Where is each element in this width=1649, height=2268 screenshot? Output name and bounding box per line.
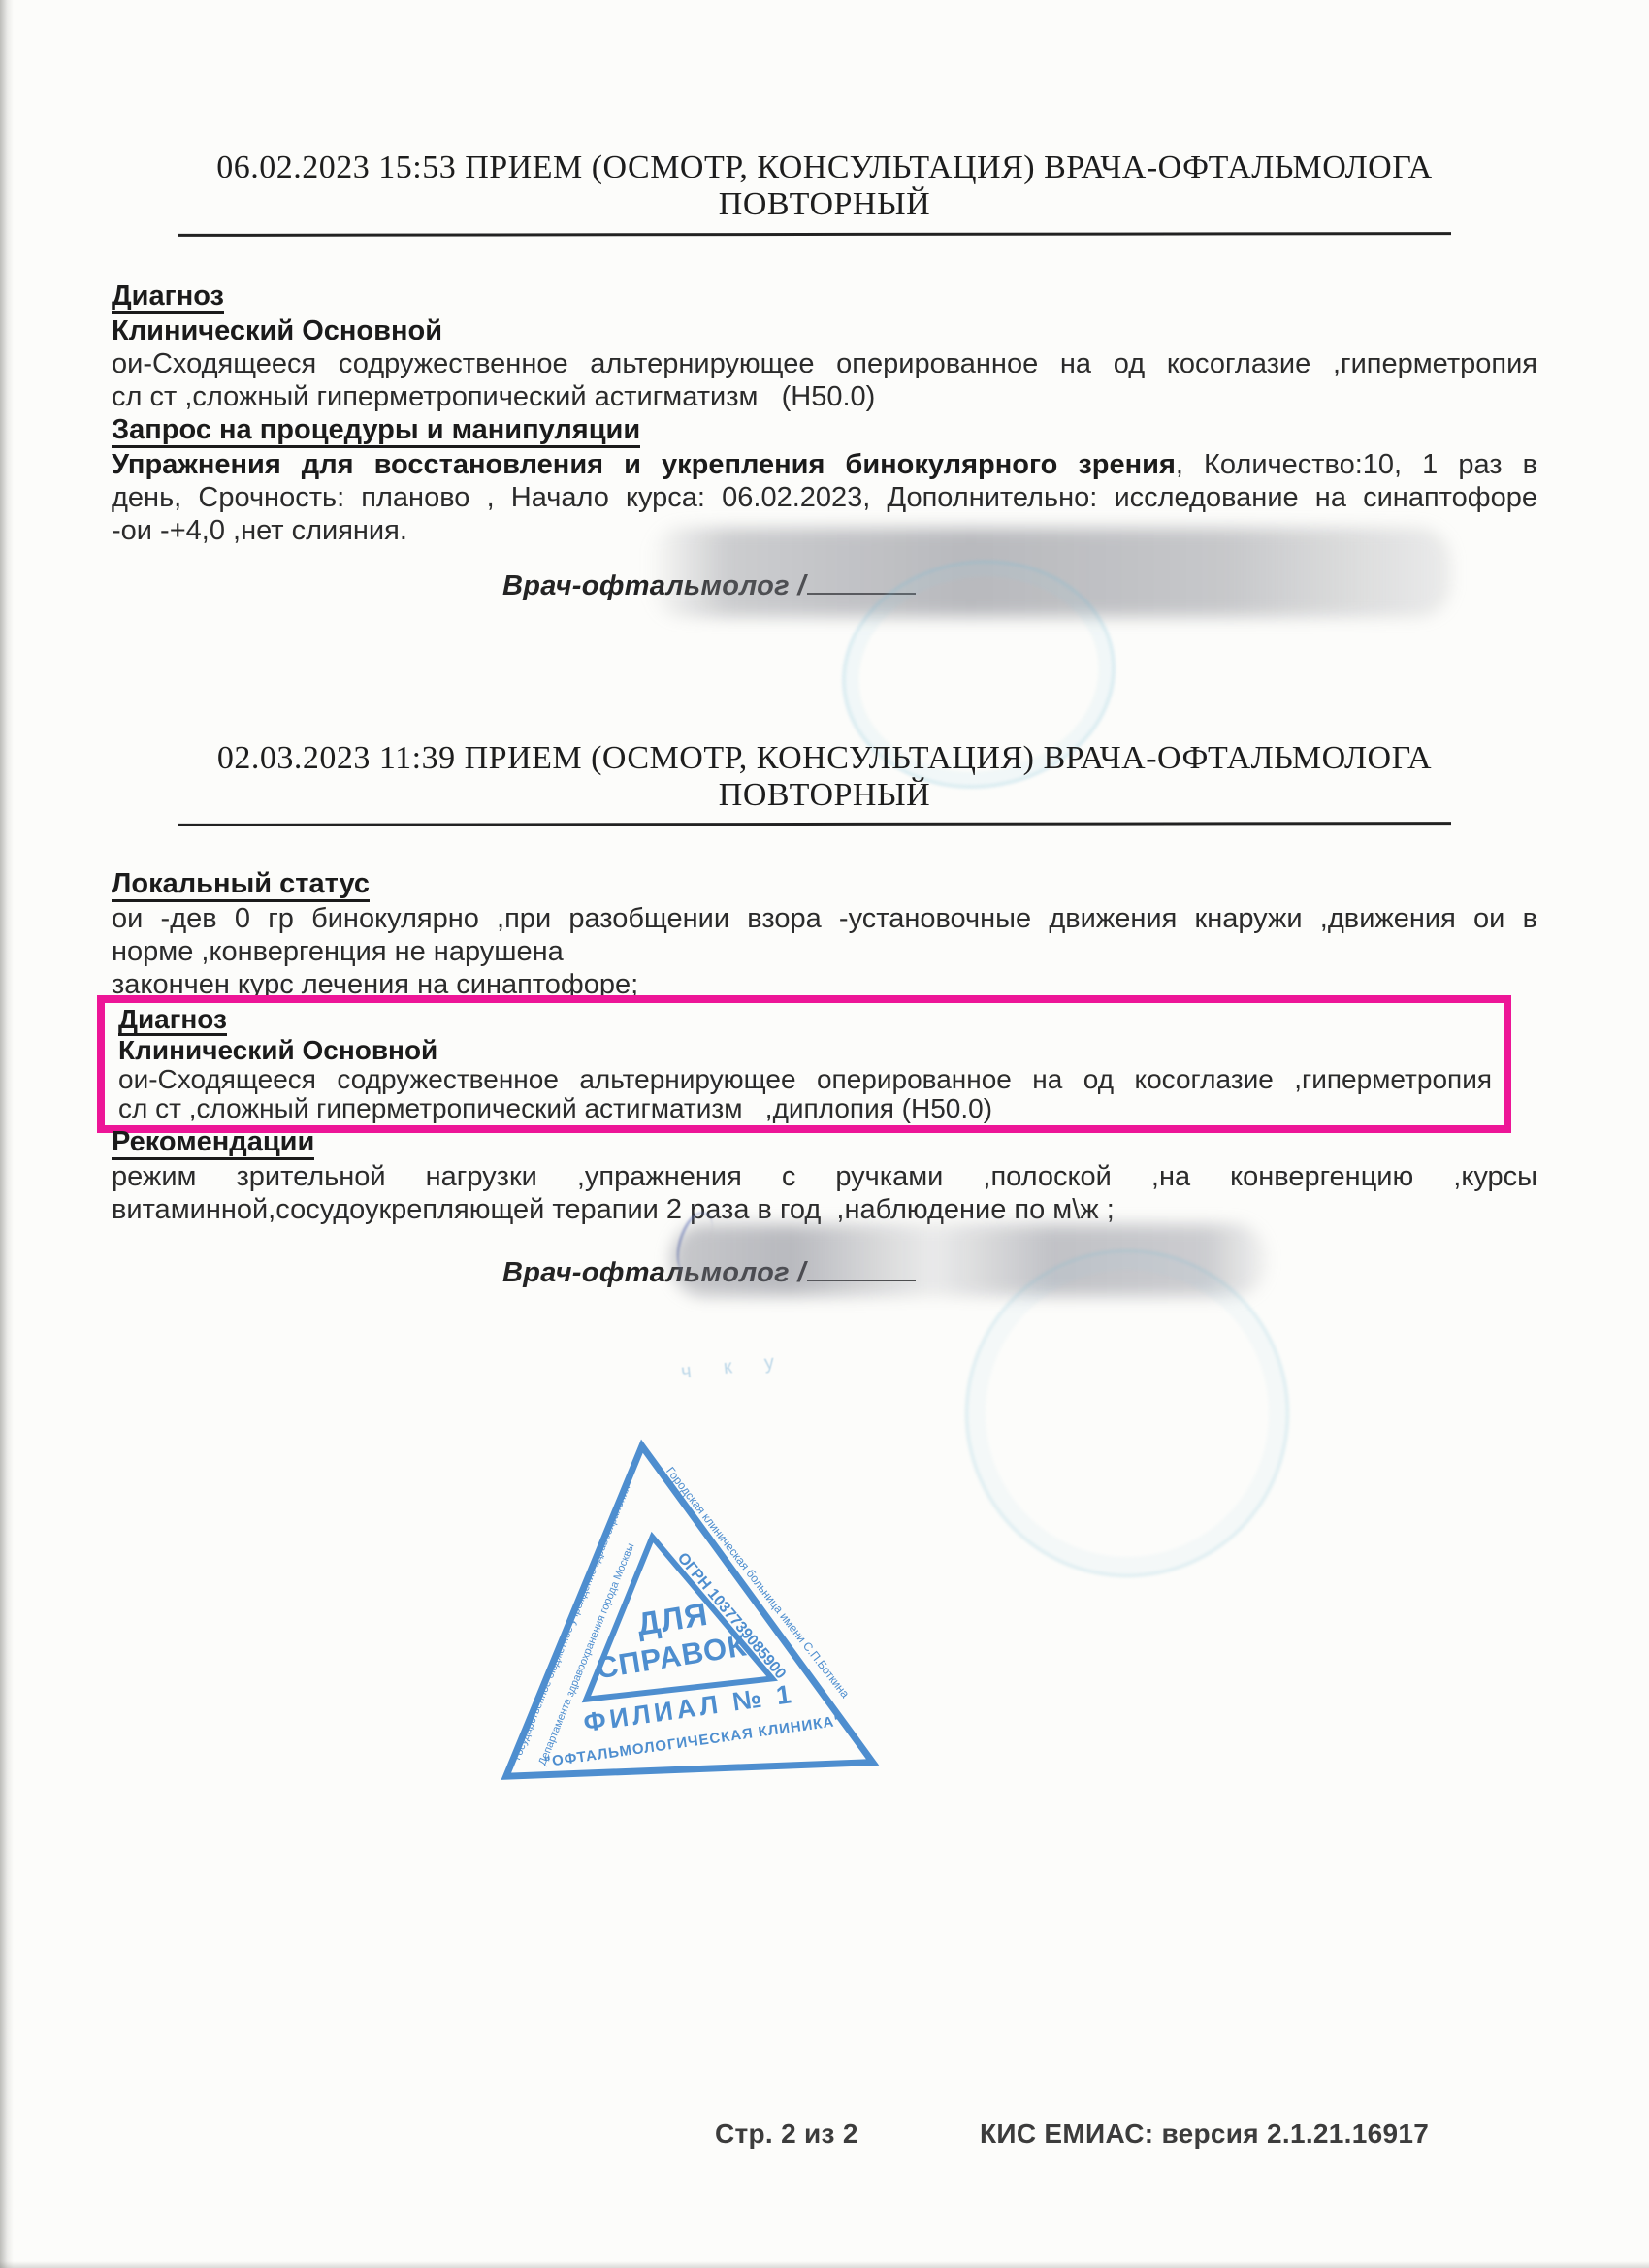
visit1-diagnosis-line2: сл ст ,сложный гиперметропический астигм… [112, 380, 1537, 413]
faint-ink-marks: ч к у [680, 1350, 789, 1383]
visit1-procedures-line1-rest: , Количество:10, 1 раз в [1176, 449, 1537, 480]
visit2-diagnosis-line1: ои-Сходящееся содружественное альтерниру… [118, 1065, 1492, 1094]
visit1-body: Диагноз Клинический Основной ои-Сходящее… [112, 279, 1537, 547]
visit2-recommendations: Рекомендации режим зрительной нагрузки ,… [112, 1125, 1537, 1226]
visit1-diagnosis-subheading: Клинический Основной [112, 314, 1537, 347]
visit2-header-rule [178, 822, 1451, 826]
visit2-local-status: Локальный статус ои -дев 0 гр бинокулярн… [112, 867, 1537, 1001]
visit2-diagnosis-heading: Диагноз [118, 1005, 1492, 1036]
visit1-procedures-heading: Запрос на процедуры и манипуляции [112, 413, 1537, 448]
visit1-diagnosis-line1: ои-Сходящееся содружественное альтерниру… [112, 347, 1537, 380]
visit2-faint-round-stamp [965, 1249, 1289, 1577]
visit2-diagnosis-line2: сл ст ,сложный гиперметропический астигм… [118, 1094, 1492, 1123]
visit2-header-line1: 02.03.2023 11:39 ПРИЕМ (ОСМОТР, КОНСУЛЬТ… [0, 740, 1649, 777]
visit2-recommendations-line2: витаминной,сосудоукрепляющей терапии 2 р… [112, 1193, 1537, 1226]
visit2-recommendations-line1: режим зрительной нагрузки ,упражнения с … [112, 1160, 1537, 1193]
scan-edge-artifact-left [0, 0, 14, 2268]
visit2-header: 02.03.2023 11:39 ПРИЕМ (ОСМОТР, КОНСУЛЬТ… [0, 740, 1649, 814]
scan-edge-artifact-bottom [0, 2261, 1649, 2268]
visit1-procedures-line2: день, Срочность: планово , Начало курса:… [112, 481, 1537, 514]
visit1-header-line1: 06.02.2023 15:53 ПРИЕМ (ОСМОТР, КОНСУЛЬТ… [0, 149, 1649, 186]
visit2-local-status-heading: Локальный статус [112, 867, 1537, 902]
visit2-local-status-line1: ои -дев 0 гр бинокулярно ,при разобщении… [112, 902, 1537, 935]
visit1-header-rule [178, 232, 1451, 237]
triangular-reference-stamp: ДЛЯ СПРАВОК ФИЛИАЛ № 1 "ОФТАЛЬМОЛОГИЧЕСК… [490, 1436, 888, 1799]
footer-system-version: КИС ЕМИАС: версия 2.1.21.16917 [980, 2119, 1429, 2150]
visit2-diagnosis-subheading: Клинический Основной [118, 1036, 1492, 1065]
visit2-recommendations-heading: Рекомендации [112, 1125, 1537, 1160]
visit1-procedures-line1: Упражнения для восстановления и укреплен… [112, 448, 1537, 481]
visit1-header-line2: ПОВТОРНЫЙ [0, 186, 1649, 223]
visit1-diagnosis-heading: Диагноз [112, 279, 1537, 314]
scanned-medical-report-page: 06.02.2023 15:53 ПРИЕМ (ОСМОТР, КОНСУЛЬТ… [0, 0, 1649, 2268]
visit2-local-status-line2: норме ,конвергенция не нарушена [112, 935, 1537, 968]
footer-page-number: Стр. 2 из 2 [715, 2119, 858, 2150]
visit2-header-line2: ПОВТОРНЫЙ [0, 777, 1649, 814]
visit2-diagnosis-highlight-box: Диагноз Клинический Основной ои-Сходящее… [97, 995, 1511, 1133]
visit1-header: 06.02.2023 15:53 ПРИЕМ (ОСМОТР, КОНСУЛЬТ… [0, 149, 1649, 223]
visit1-procedures-bold-lead: Упражнения для восстановления и укреплен… [112, 449, 1176, 480]
